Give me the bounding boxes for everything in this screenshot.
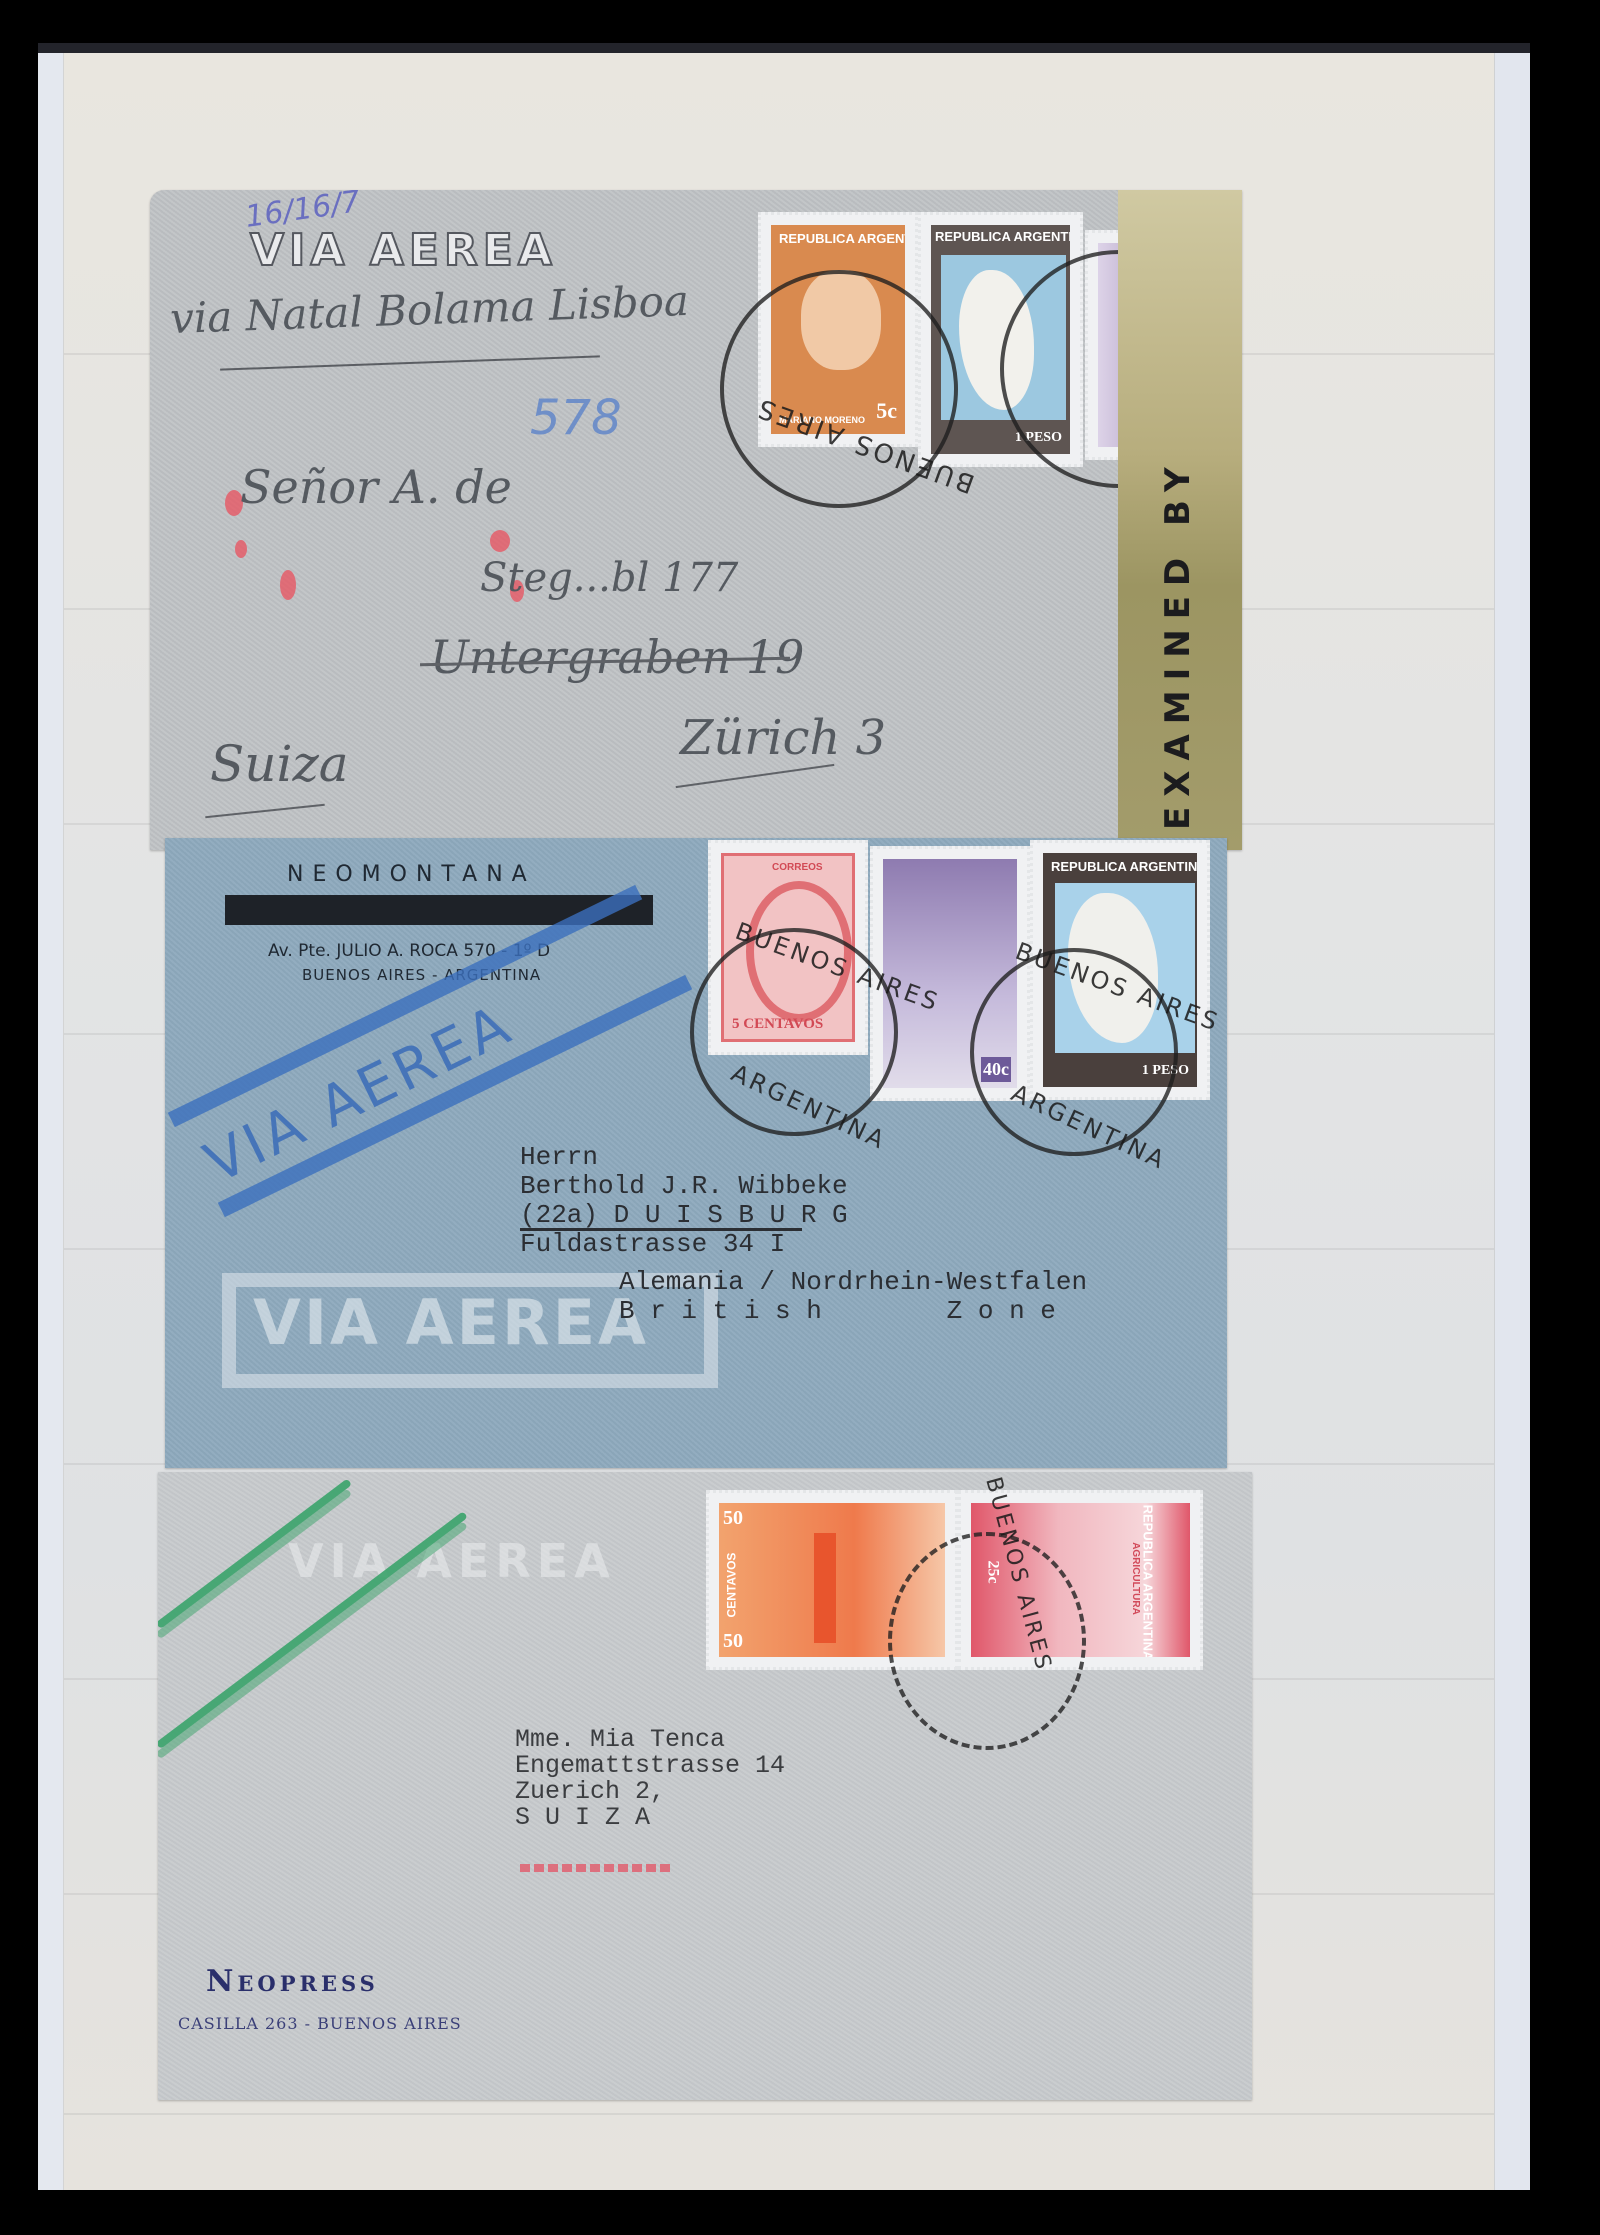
- lighthouse-icon: [814, 1533, 836, 1643]
- stockbook-strip: [64, 2113, 1494, 2115]
- cover-neopress: VIA AEREA Mme. Mia Tenca Engemattstrasse…: [158, 1472, 1252, 2100]
- censor-label: EXAMINED BY: [1158, 457, 1198, 830]
- airmail-label: VIA AEREA: [250, 225, 557, 276]
- red-underline: [520, 1864, 672, 1872]
- red-mark: [490, 530, 510, 552]
- red-mark: [280, 570, 296, 600]
- underline: [520, 1228, 802, 1231]
- sender-city: BUENOS AIRES - ARGENTINA: [302, 966, 541, 984]
- cover-censored-airmail: 16/16/7 VIA AEREA via Natal Bolama Lisbo…: [150, 190, 1242, 850]
- cover-neomontana: NEOMONTANA Av. Pte. JULIO A. ROCA 570 - …: [165, 838, 1227, 1468]
- address-country: Suiza: [210, 735, 349, 793]
- route-note: via Natal Bolama Lisboa: [169, 276, 689, 343]
- recipient-block: Herrn Berthold J.R. Wibbeke (22a) D U I …: [520, 1143, 848, 1259]
- recipient-block: Mme. Mia Tenca Engemattstrasse 14 Zueric…: [515, 1727, 785, 1831]
- underline: [205, 804, 325, 819]
- destination-block: Alemania / Nordrhein-Westfalen B r i t i…: [619, 1268, 1087, 1326]
- airmail-faint-label: VIA AEREA: [288, 1534, 616, 1588]
- address-line: Steg...bl 177: [480, 555, 738, 601]
- red-mark: [235, 540, 247, 558]
- page-edge-right: [1494, 53, 1530, 2190]
- underline: [220, 355, 600, 370]
- censor-tape: EXAMINED BY: [1118, 190, 1242, 850]
- company-name: Neopress: [206, 1964, 379, 1999]
- airmail-printed-label: VIA AEREA: [253, 1286, 649, 1359]
- sender-name: NEOMONTANA: [287, 862, 536, 887]
- blue-number: 578: [530, 390, 622, 446]
- address-line: Zürich 3: [680, 710, 886, 766]
- postmark: [888, 1532, 1086, 1750]
- underline: [676, 764, 835, 788]
- address-line: Señor A. de: [240, 460, 512, 514]
- company-address: CASILLA 263 - BUENOS AIRES: [178, 2014, 462, 2033]
- page-edge-left: [38, 53, 64, 2190]
